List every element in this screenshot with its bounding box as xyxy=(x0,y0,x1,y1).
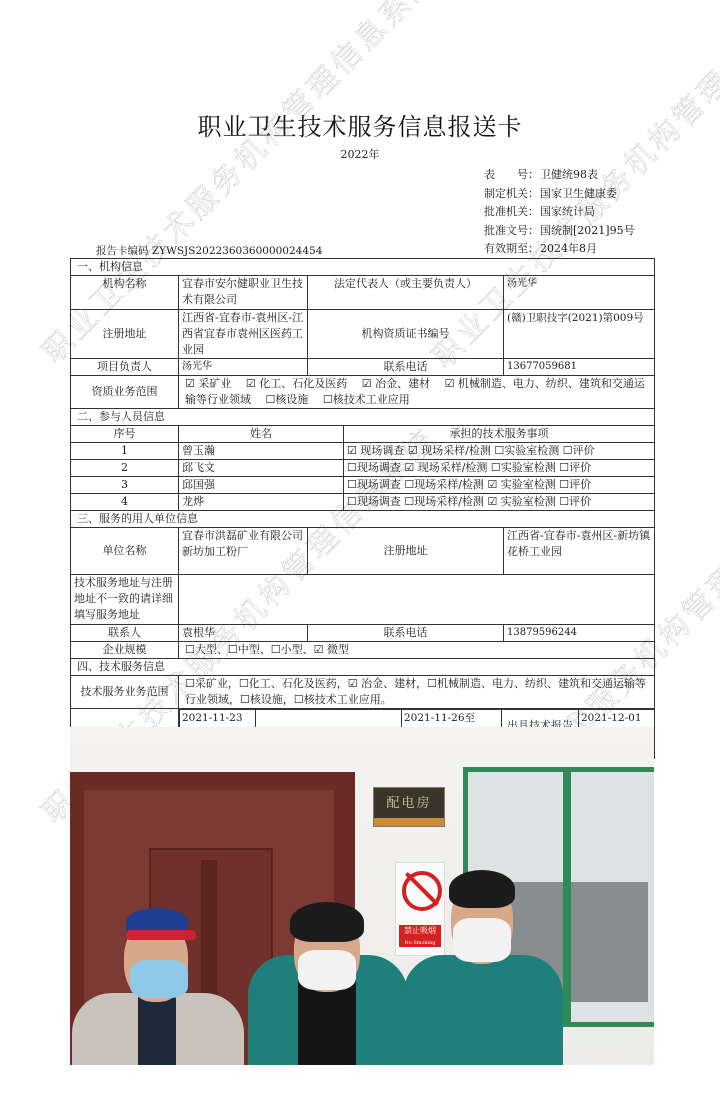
task-checklist: ☑ 现场调查 ☑ 现场采样/检测 ☐实验室检测 ☐评价 xyxy=(344,443,655,460)
scale-label: 企业规模 xyxy=(71,642,179,659)
meta-row: 表 号：卫健统98表 xyxy=(484,166,635,185)
task-checklist: ☐现场调查 ☐现场采样/检测 ☑ 实验室检测 ☐评价 xyxy=(344,477,655,494)
section3-heading: 三、服务的用人单位信息 xyxy=(71,511,655,528)
col-tasks-header: 承担的技术服务事项 xyxy=(344,426,655,443)
task-checkbox[interactable]: ☐评价 xyxy=(559,461,591,474)
col-name-header: 姓名 xyxy=(179,426,344,443)
task-checkbox[interactable]: ☑ 现场调查 xyxy=(347,444,408,457)
person xyxy=(70,890,245,1065)
document-year: 2022年 xyxy=(0,146,720,162)
cert-label: 机构资质证书编号 xyxy=(308,310,504,359)
scope-checkbox[interactable]: ☐核设施 xyxy=(266,393,320,406)
meta-row: 制定机关：国家卫生健康委 xyxy=(484,185,635,204)
task-checkbox[interactable]: ☐评价 xyxy=(559,478,591,491)
table-row: 3 邱国强 ☐现场调查 ☐现场采样/检测 ☑ 实验室检测 ☐评价 xyxy=(71,477,655,494)
table-row: 2 邱飞文 ☐现场调查 ☑ 现场采样/检测 ☐实验室检测 ☐评价 xyxy=(71,460,655,477)
legal-rep: 汤光华 xyxy=(504,276,655,310)
col-no-header: 序号 xyxy=(71,426,179,443)
cert-no: (赣)卫职技字(2021)第009号 xyxy=(504,310,655,359)
reg-addr-label: 注册地址 xyxy=(71,310,179,359)
phone-label: 联系电话 xyxy=(308,359,504,376)
task-checkbox[interactable]: ☐实验室检测 xyxy=(491,461,559,474)
scale-checkbox[interactable]: ☐中型、 xyxy=(228,643,271,656)
task-checkbox[interactable]: ☑ 实验室检测 xyxy=(487,495,559,508)
service-addr-label: 技术服务地址与注册地址不一致的请详细填写服务地址 xyxy=(71,575,179,625)
task-checkbox[interactable]: ☐实验室检测 xyxy=(494,444,562,457)
task-checkbox[interactable]: ☐现场采样/检测 xyxy=(404,495,487,508)
unit-reg-addr: 江西省-宜春市-袁州区-新坊镇花桥工业园 xyxy=(504,528,655,575)
site-photo: 配电房 禁止吸烟No Smoking xyxy=(70,727,654,1065)
scope-checkbox[interactable]: ☑ 化工、石化及医药 xyxy=(246,377,358,390)
task-checkbox[interactable]: ☐评价 xyxy=(563,444,595,457)
section2-heading: 二、参与人员信息 xyxy=(71,409,655,426)
scope-checklist: ☑ 采矿业 ☑ 化工、石化及医药 ☑ 冶金、建材 ☑ 机械制造、电力、纺织、建筑… xyxy=(179,376,655,409)
service-scope-checklist: ☐采矿业，☐化工、石化及医药，☑ 冶金、建材，☐机械制造、电力、纺织、建筑和交通… xyxy=(179,676,655,709)
task-checkbox[interactable]: ☑ 现场采样/检测 xyxy=(408,444,495,457)
room-sign: 配电房 xyxy=(373,787,445,827)
scale-checkbox[interactable]: ☐小型、 xyxy=(271,643,314,656)
meta-row: 批准机关：国家统计局 xyxy=(484,203,635,222)
meta-row: 有效期至：2024年8月 xyxy=(484,240,635,259)
face-mask xyxy=(130,960,188,998)
scope-checkbox[interactable]: ☐核技术工业应用 xyxy=(323,393,421,406)
project-lead: 汤光华 xyxy=(179,359,308,376)
unit-reg-addr-label: 注册地址 xyxy=(308,528,504,575)
section1-heading: 一、机构信息 xyxy=(71,259,655,276)
service-scope-checkbox[interactable]: ☐核技术工业应用。 xyxy=(294,693,392,706)
project-lead-label: 项目负责人 xyxy=(71,359,179,376)
contact-label: 联系人 xyxy=(71,625,179,642)
unit-name: 宜春市洪磊矿业有限公司新坊加工粉厂 xyxy=(179,528,308,575)
task-checkbox[interactable]: ☑ 实验室检测 xyxy=(487,478,559,491)
face-mask xyxy=(298,950,356,990)
service-scope-checkbox[interactable]: ☑ 冶金、建材， xyxy=(348,677,427,690)
face-mask xyxy=(453,918,511,962)
scope-checkbox[interactable]: ☑ 采矿业 xyxy=(185,377,242,390)
task-checkbox[interactable]: ☐现场调查 xyxy=(347,495,404,508)
service-scope-checkbox[interactable]: ☐核设施， xyxy=(240,693,294,706)
task-checklist: ☐现场调查 ☑ 现场采样/检测 ☐实验室检测 ☐评价 xyxy=(344,460,655,477)
meta-row: 批准文号：国统制[2021]95号 xyxy=(484,222,635,241)
phone: 13677059681 xyxy=(504,359,655,376)
table-row: 1 曾玉瀚 ☑ 现场调查 ☑ 现场采样/检测 ☐实验室检测 ☐评价 xyxy=(71,443,655,460)
person xyxy=(403,870,563,1065)
unit-phone: 13879596244 xyxy=(504,625,655,642)
scope-checkbox[interactable]: ☑ 冶金、建材 xyxy=(362,377,441,390)
scale-checklist: ☐大型、☐中型、☐小型、☑ 微型 xyxy=(179,642,655,659)
service-scope-checkbox[interactable]: ☐采矿业， xyxy=(185,677,239,690)
task-checkbox[interactable]: ☑ 现场采样/检测 xyxy=(404,461,491,474)
contact: 袁根华 xyxy=(179,625,308,642)
table-row: 4 龙烨 ☐现场调查 ☐现场采样/检测 ☑ 实验室检测 ☐评价 xyxy=(71,494,655,511)
info-form: 一、机构信息 机构名称 宜春市安尔健职业卫生技术有限公司 法定代表人（或主要负责… xyxy=(70,258,655,760)
service-scope-checkbox[interactable]: ☐化工、石化及医药， xyxy=(239,677,348,690)
reg-addr: 江西省-宜春市-袁州区-江西省宜春市袁州区医药工业园 xyxy=(179,310,308,359)
report-code: 报告卡编码 ZYWSJS2022360360000024454 xyxy=(96,243,322,258)
org-name: 宜春市安尔健职业卫生技术有限公司 xyxy=(179,276,308,310)
service-addr xyxy=(179,575,655,625)
scope-label: 资质业务范围 xyxy=(71,376,179,409)
legal-rep-label: 法定代表人（或主要负责人） xyxy=(308,276,504,310)
scale-checkbox[interactable]: ☐大型、 xyxy=(185,643,228,656)
task-checkbox[interactable]: ☐现场调查 xyxy=(347,461,404,474)
unit-name-label: 单位名称 xyxy=(71,528,179,575)
task-checkbox[interactable]: ☐现场采样/检测 xyxy=(404,478,487,491)
org-name-label: 机构名称 xyxy=(71,276,179,310)
section4-heading: 四、技术服务信息 xyxy=(71,659,655,676)
service-scope-label: 技术服务业务范围 xyxy=(71,676,179,709)
task-checkbox[interactable]: ☐评价 xyxy=(559,495,591,508)
unit-phone-label: 联系电话 xyxy=(308,625,504,642)
task-checklist: ☐现场调查 ☐现场采样/检测 ☑ 实验室检测 ☐评价 xyxy=(344,494,655,511)
task-checkbox[interactable]: ☐现场调查 xyxy=(347,478,404,491)
document-title: 职业卫生技术服务信息报送卡 xyxy=(0,107,720,142)
person xyxy=(248,900,408,1065)
scale-checkbox[interactable]: ☑ 微型 xyxy=(314,643,349,656)
form-meta: 表 号：卫健统98表 制定机关：国家卫生健康委 批准机关：国家统计局 批准文号：… xyxy=(484,166,635,259)
